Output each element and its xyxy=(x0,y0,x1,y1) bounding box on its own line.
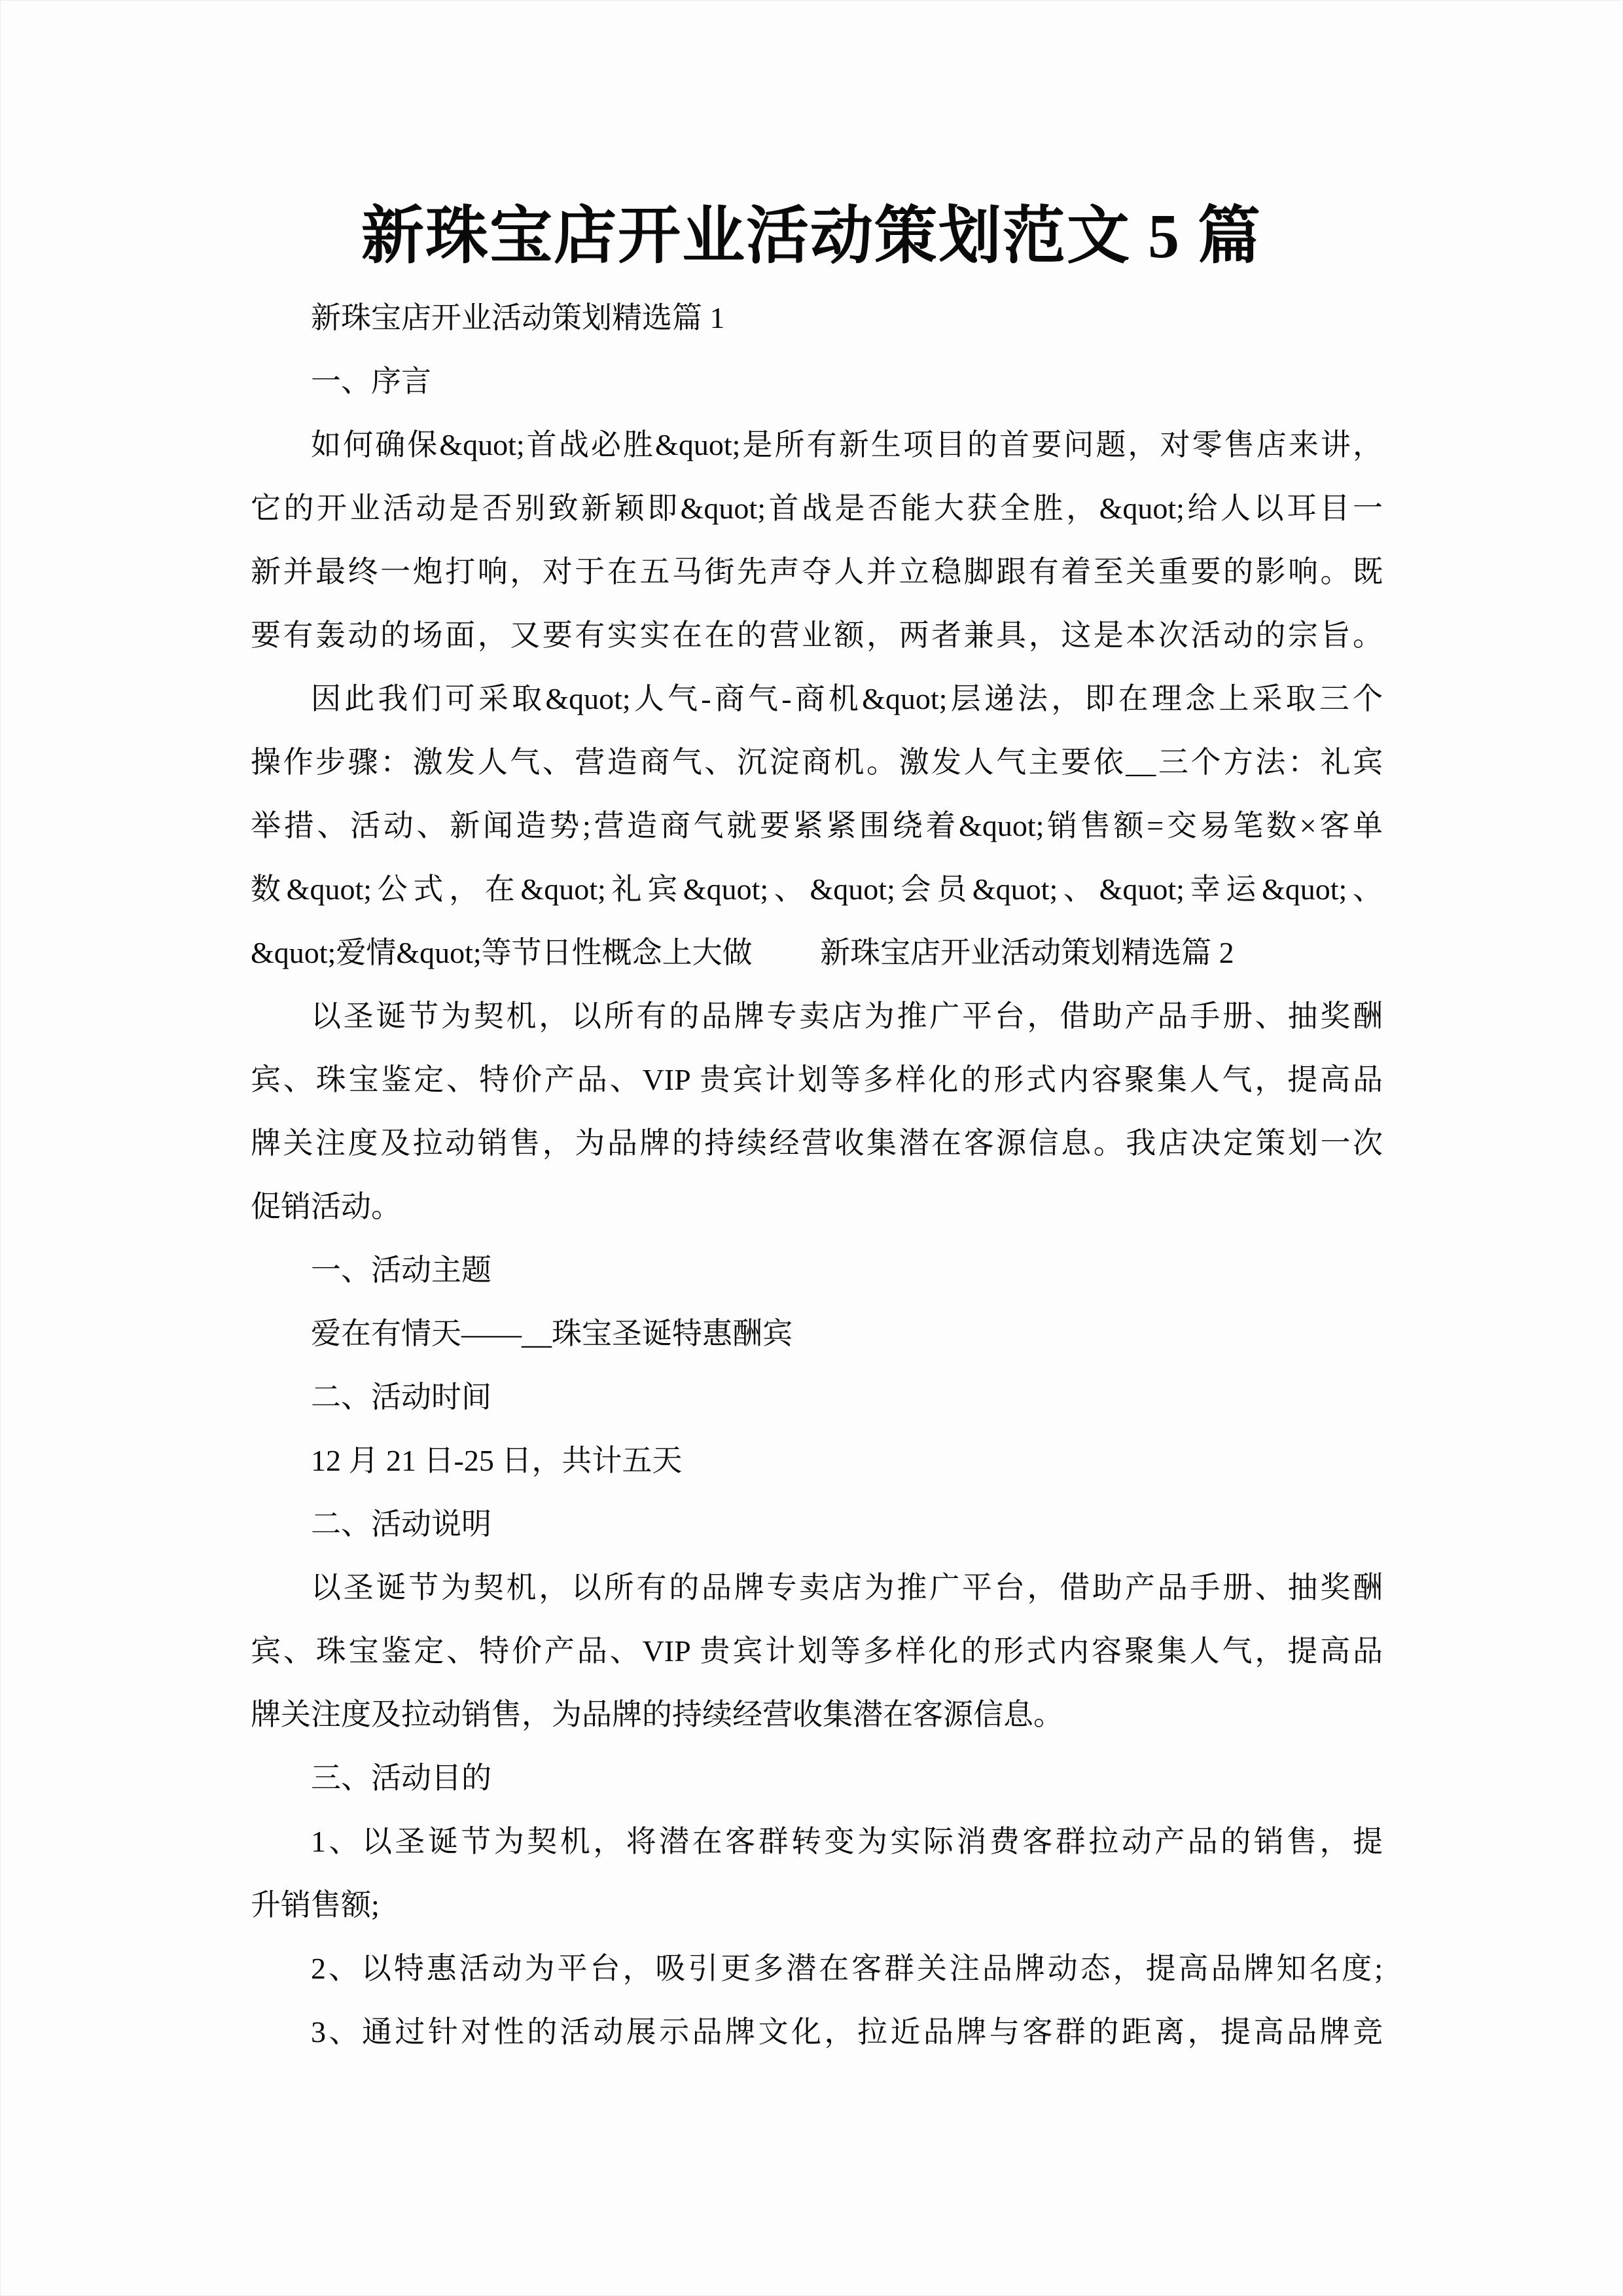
text-line: 它的开业活动是否别致新颖即&quot;首战是否能大获全胜，&quot;给人以耳目… xyxy=(251,476,1383,540)
text-line: 牌关注度及拉动销售，为品牌的持续经营收集潜在客源信息。我店决定策划一次 xyxy=(251,1111,1383,1175)
document-title: 新珠宝店开业活动策划范文 5 篇 xyxy=(1,204,1622,270)
text-line: 牌关注度及拉动销售，为品牌的持续经营收集潜在客源信息。 xyxy=(251,1683,1383,1746)
text-line: 如何确保&quot;首战必胜&quot;是所有新生项目的首要问题，对零售店来讲， xyxy=(251,413,1383,476)
text-line: 二、活动说明 xyxy=(251,1492,1383,1556)
text-line: 三、活动目的 xyxy=(251,1746,1383,1810)
text-line: 新珠宝店开业活动策划精选篇 1 xyxy=(251,286,1383,350)
text-line: 12 月 21 日-25 日，共计五天 xyxy=(251,1429,1383,1492)
text-line: 举措、活动、新闻造势;营造商气就要紧紧围绕着&quot;销售额=交易笔数×客单 xyxy=(251,794,1383,857)
text-line: 2、以特惠活动为平台，吸引更多潜在客群关注品牌动态，提高品牌知名度; xyxy=(251,1937,1383,2000)
text-line: 3、通过针对性的活动展示品牌文化，拉近品牌与客群的距离，提高品牌竞 xyxy=(251,2000,1383,2064)
text-line: 一、活动主题 xyxy=(251,1238,1383,1302)
text-line: &quot;爱情&quot;等节日性概念上大做 新珠宝店开业活动策划精选篇 2 xyxy=(251,921,1383,984)
text-line: 二、活动时间 xyxy=(251,1365,1383,1429)
text-line: 因此我们可采取&quot;人气-商气-商机&quot;层递法，即在理念上采取三个 xyxy=(251,667,1383,730)
text-line: 一、序言 xyxy=(251,350,1383,413)
document-page: 新珠宝店开业活动策划范文 5 篇 新珠宝店开业活动策划精选篇 1一、序言如何确保… xyxy=(0,0,1623,2296)
document-body: 新珠宝店开业活动策划精选篇 1一、序言如何确保&quot;首战必胜&quot;是… xyxy=(251,286,1383,2064)
text-line: 以圣诞节为契机，以所有的品牌专卖店为推广平台，借助产品手册、抽奖酬 xyxy=(251,984,1383,1048)
text-line: 升销售额; xyxy=(251,1873,1383,1937)
text-line: 1、以圣诞节为契机，将潜在客群转变为实际消费客群拉动产品的销售，提 xyxy=(251,1810,1383,1873)
text-line: 爱在有情天——__珠宝圣诞特惠酬宾 xyxy=(251,1302,1383,1365)
text-line: 操作步骤：激发人气、营造商气、沉淀商机。激发人气主要依__三个方法：礼宾 xyxy=(251,730,1383,794)
text-line: 要有轰动的场面，又要有实实在在的营业额，两者兼具，这是本次活动的宗旨。 xyxy=(251,603,1383,667)
text-line: 以圣诞节为契机，以所有的品牌专卖店为推广平台，借助产品手册、抽奖酬 xyxy=(251,1556,1383,1619)
text-line: 宾、珠宝鉴定、特价产品、VIP 贵宾计划等多样化的形式内容聚集人气，提高品 xyxy=(251,1048,1383,1111)
text-line: 宾、珠宝鉴定、特价产品、VIP 贵宾计划等多样化的形式内容聚集人气，提高品 xyxy=(251,1619,1383,1683)
text-line: 促销活动。 xyxy=(251,1175,1383,1238)
text-line: 新并最终一炮打响，对于在五马街先声夺人并立稳脚跟有着至关重要的影响。既 xyxy=(251,540,1383,603)
text-line: 数&quot;公式，在&quot;礼宾&quot;、&quot;会员&quot;… xyxy=(251,857,1383,921)
